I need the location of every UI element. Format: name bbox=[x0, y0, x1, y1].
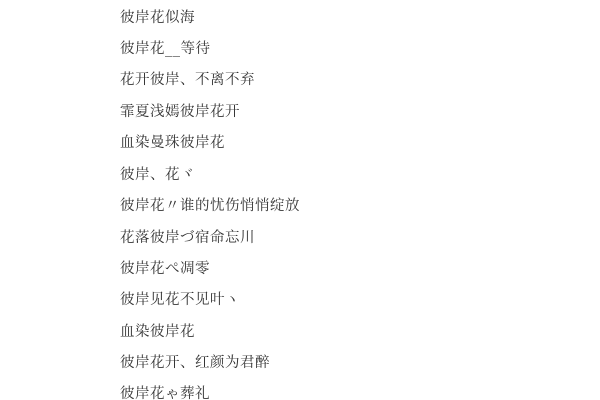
text-line: 霏夏浅嫣彼岸花开 bbox=[120, 103, 240, 121]
document-page: 彼岸花似海 彼岸花__等待 花开彼岸、不离不弃 霏夏浅嫣彼岸花开 血染曼珠彼岸花… bbox=[0, 0, 600, 400]
text-line: 血染曼珠彼岸花 bbox=[120, 134, 225, 152]
text-line: 血染彼岸花 bbox=[120, 323, 195, 341]
text-line: 彼岸花ぺ凋零 bbox=[120, 260, 210, 278]
text-line: 彼岸、花ヾ bbox=[120, 166, 195, 184]
text-line: 彼岸花似海 bbox=[120, 9, 195, 27]
text-line: 花开彼岸、不离不弃 bbox=[120, 71, 255, 89]
text-line: 花落彼岸づ宿命忘川 bbox=[120, 229, 255, 247]
text-line: 彼岸花开、红颜为君醉 bbox=[120, 354, 270, 372]
text-line: 彼岸见花不见叶ヽ bbox=[120, 291, 240, 309]
text-line: 彼岸花ゃ葬礼 bbox=[120, 385, 210, 400]
text-line: 彼岸花〃谁的忧伤悄悄绽放 bbox=[120, 197, 300, 215]
text-line: 彼岸花__等待 bbox=[120, 40, 211, 58]
